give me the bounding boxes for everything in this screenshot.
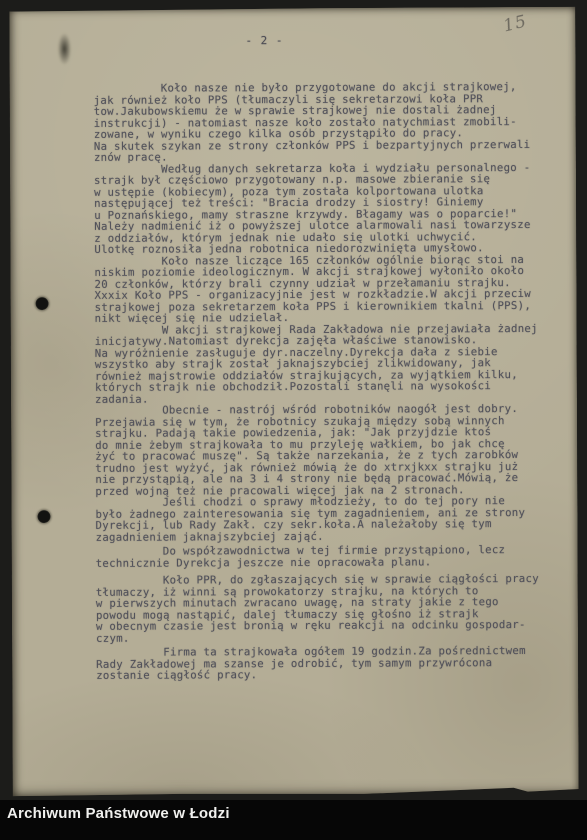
paragraph: Koło nasze liczące 165 członków ogólnie … — [94, 253, 564, 324]
hole-punch-bottom — [37, 510, 50, 523]
paragraph: Koło PPR, do zgłaszających się w sprawie… — [96, 573, 566, 644]
paragraph: W akcji strajkowej Rada Zakładowa nie pr… — [95, 322, 565, 405]
paragraph: Jeśli chodzi o sprawy młodzieży, to do t… — [95, 495, 565, 543]
paragraph: Według danych sekretarza koła i wydziału… — [94, 161, 564, 255]
paragraph: Do współzawodnictwa w tej firmie przystą… — [96, 544, 566, 569]
hole-punch-top — [36, 297, 49, 310]
paragraph: Firma ta strajkowała ogółem 19 godzin.Za… — [96, 645, 566, 682]
paper-stain — [56, 30, 72, 68]
scan-background: - 2 - 15 Koło nasze nie było przygotowan… — [0, 0, 587, 840]
archive-watermark-label: Archiwum Państwowe w Łodzi — [7, 805, 230, 822]
document-text: Koło nasze nie było przygotowane do akcj… — [94, 81, 567, 682]
paragraph: Koło nasze nie było przygotowane do akcj… — [94, 81, 564, 164]
page-number: - 2 - — [245, 34, 283, 47]
document-page: - 2 - 15 Koło nasze nie było przygotowan… — [9, 7, 578, 796]
paragraph: Obecnie - nastrój wśród robotników naogó… — [95, 403, 565, 497]
handwritten-folio-number: 15 — [501, 12, 529, 37]
